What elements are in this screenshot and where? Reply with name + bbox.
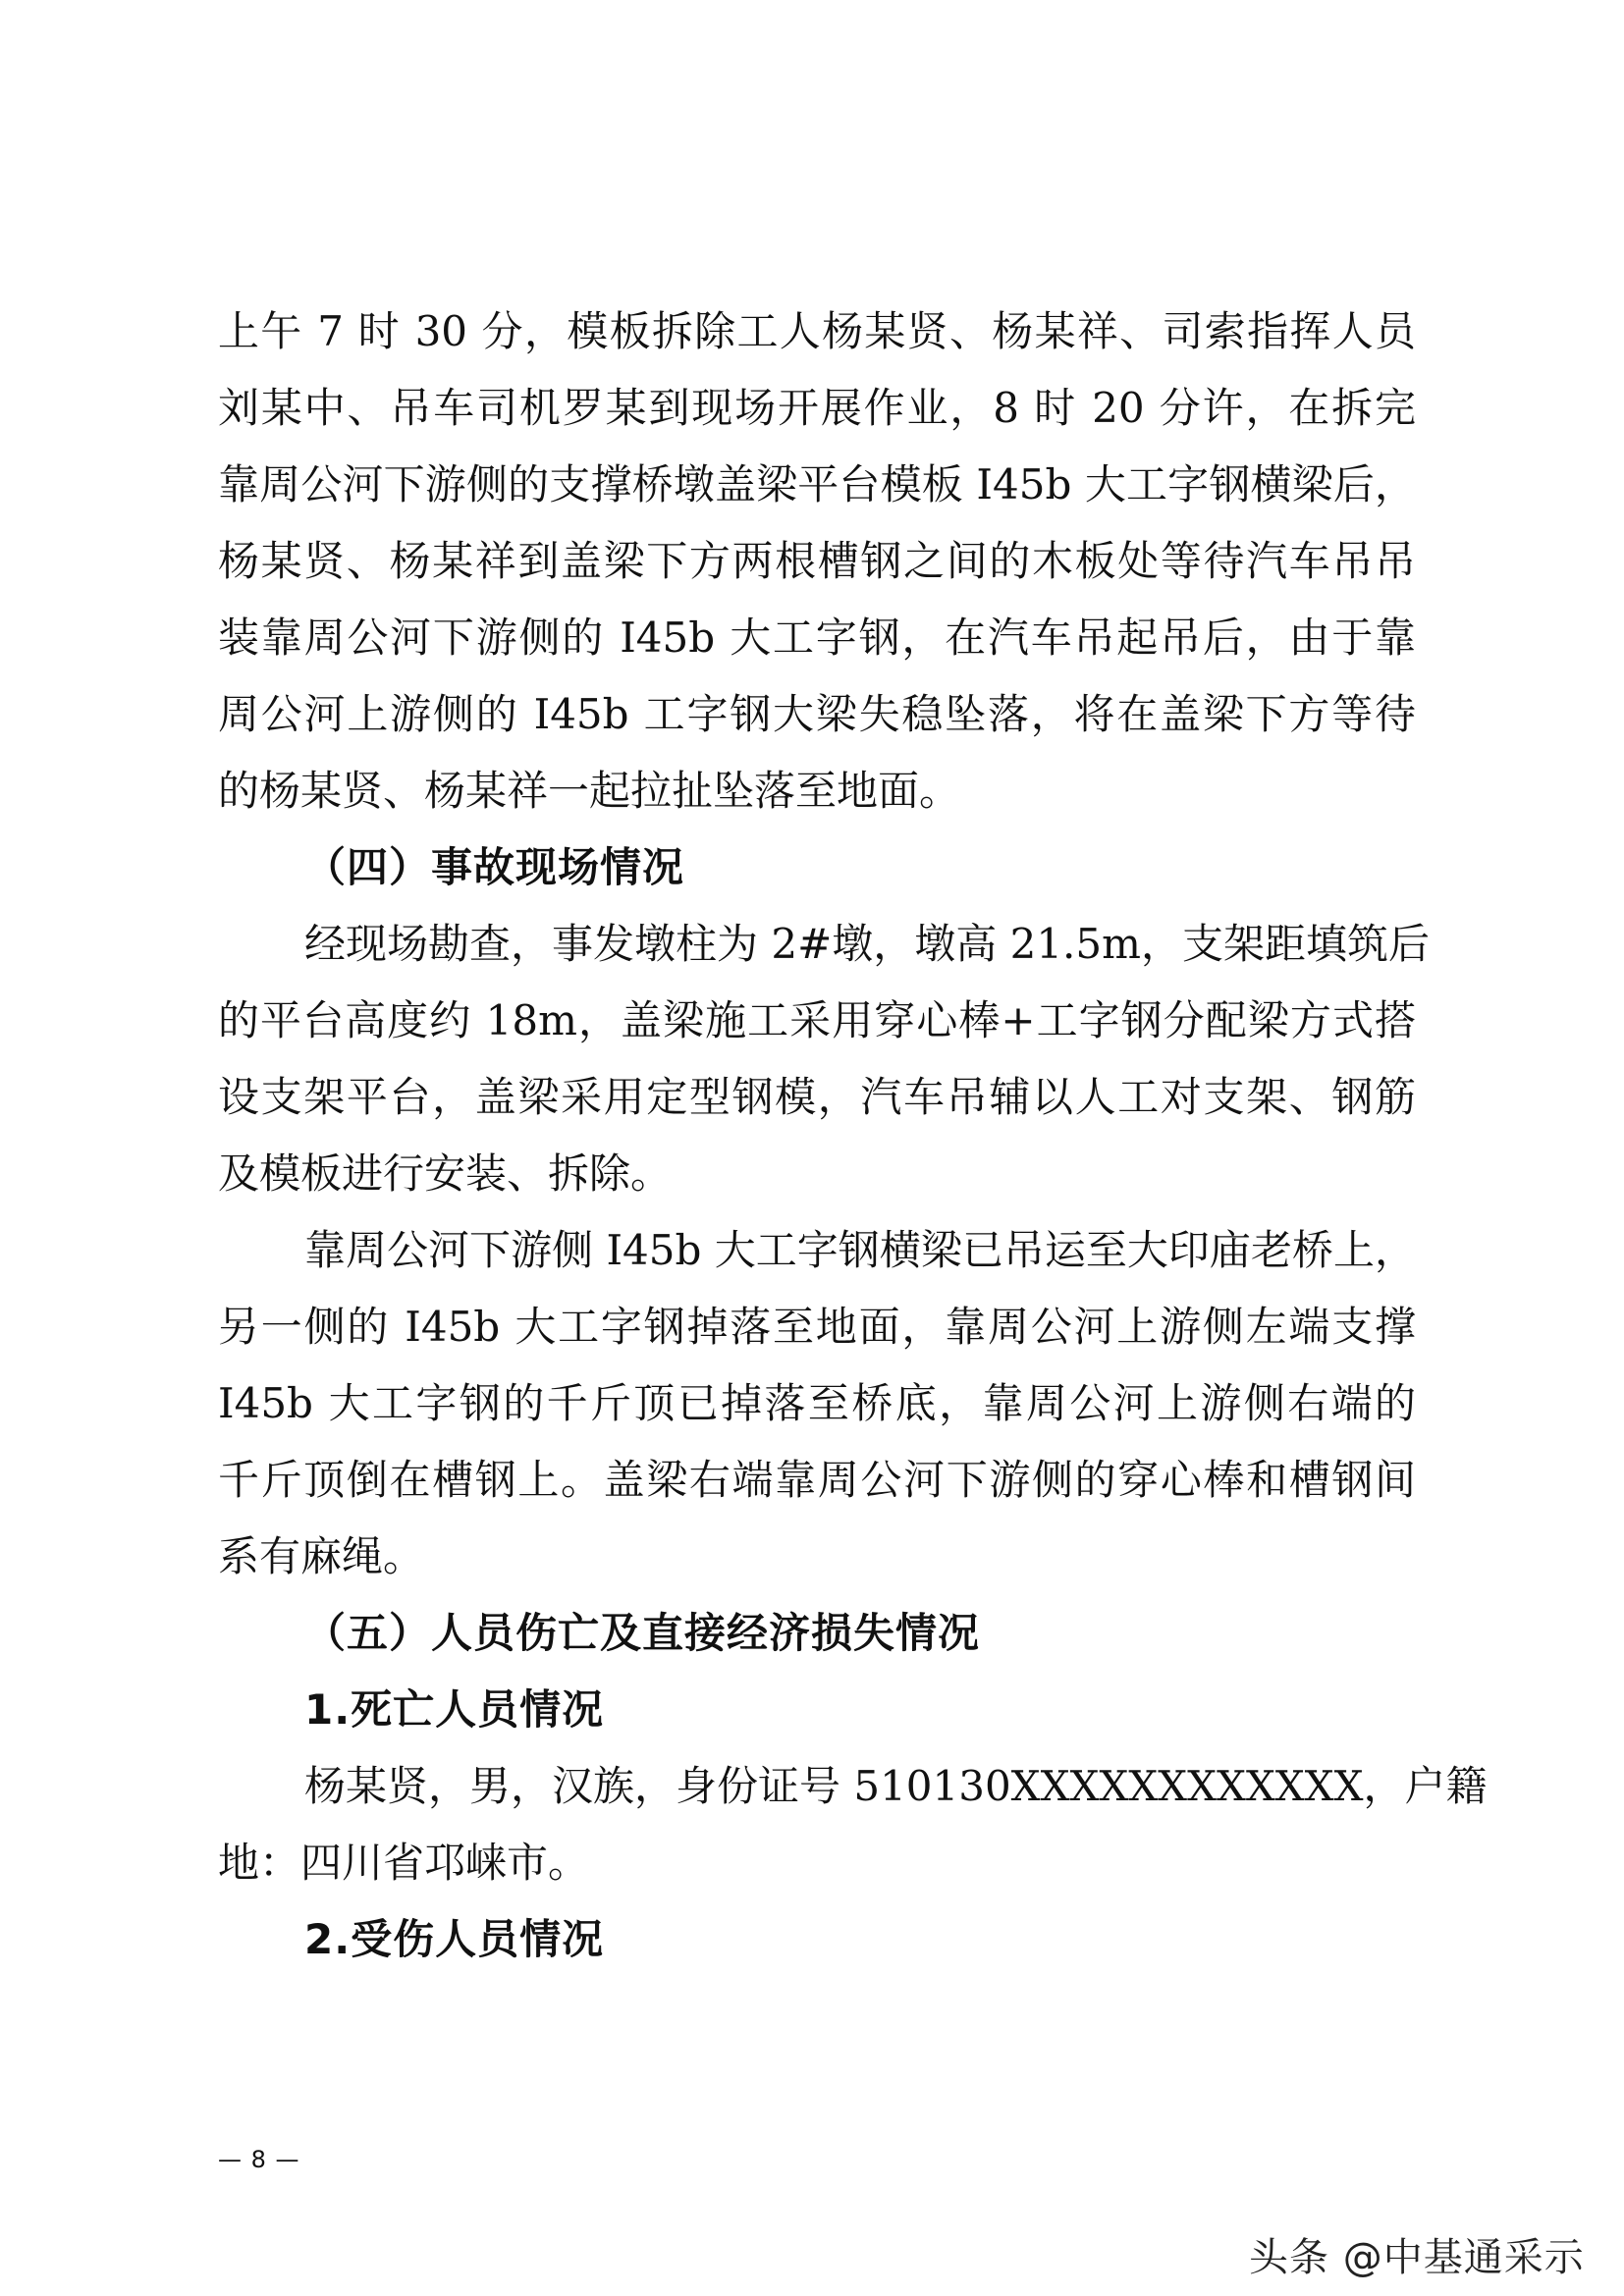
body-line: 经现场勘查，事发墩柱为 2#墩，墩高 21.5m，支架距填筑后: [218, 906, 1416, 983]
body-line: 上午 7 时 30 分，模板拆除工人杨某贤、杨某祥、司索指挥人员: [218, 294, 1416, 370]
watermark: 头条 @中基通采示: [1249, 2226, 1585, 2282]
body-line: I45b 大工字钢的千斤顶已掉落至桥底，靠周公河上游侧右端的: [218, 1365, 1416, 1442]
body-line: 及模板进行安装、拆除。: [218, 1136, 1416, 1212]
section-heading-accident-scene: （四）事故现场情况: [218, 829, 1416, 906]
body-line: 周公河上游侧的 I45b 工字钢大梁失稳坠落，将在盖梁下方等待: [218, 676, 1416, 753]
subheading-deceased: 1.死亡人员情况: [218, 1672, 1416, 1748]
page-number: — 8 —: [218, 2146, 300, 2173]
section-heading-casualties: （五）人员伤亡及直接经济损失情况: [218, 1595, 1416, 1672]
body-line: 装靠周公河下游侧的 I45b 大工字钢，在汽车吊起吊后，由于靠: [218, 600, 1416, 676]
document-page: 上午 7 时 30 分，模板拆除工人杨某贤、杨某祥、司索指挥人员 刘某中、吊车司…: [0, 0, 1624, 2296]
body-line: 设支架平台，盖梁采用定型钢模，汽车吊辅以人工对支架、钢筋: [218, 1059, 1416, 1136]
body-line: 系有麻绳。: [218, 1519, 1416, 1595]
document-body: 上午 7 时 30 分，模板拆除工人杨某贤、杨某祥、司索指挥人员 刘某中、吊车司…: [218, 294, 1416, 1978]
body-line: 杨某贤，男，汉族，身份证号 510130XXXXXXXXXXXX，户籍: [218, 1748, 1416, 1825]
body-line: 的平台高度约 18m，盖梁施工采用穿心棒+工字钢分配梁方式搭: [218, 983, 1416, 1059]
body-line: 的杨某贤、杨某祥一起拉扯坠落至地面。: [218, 753, 1416, 829]
body-line: 另一侧的 I45b 大工字钢掉落至地面，靠周公河上游侧左端支撑: [218, 1289, 1416, 1365]
body-line: 千斤顶倒在槽钢上。盖梁右端靠周公河下游侧的穿心棒和槽钢间: [218, 1442, 1416, 1519]
body-line: 刘某中、吊车司机罗某到现场开展作业，8 时 20 分许，在拆完: [218, 370, 1416, 447]
body-line: 靠周公河下游侧的支撑桥墩盖梁平台模板 I45b 大工字钢横梁后，: [218, 447, 1416, 523]
body-line: 地：四川省邛崃市。: [218, 1825, 1416, 1901]
body-line: 靠周公河下游侧 I45b 大工字钢横梁已吊运至大印庙老桥上，: [218, 1212, 1416, 1289]
subheading-injured: 2.受伤人员情况: [218, 1901, 1416, 1978]
body-line: 杨某贤、杨某祥到盖梁下方两根槽钢之间的木板处等待汽车吊吊: [218, 523, 1416, 600]
